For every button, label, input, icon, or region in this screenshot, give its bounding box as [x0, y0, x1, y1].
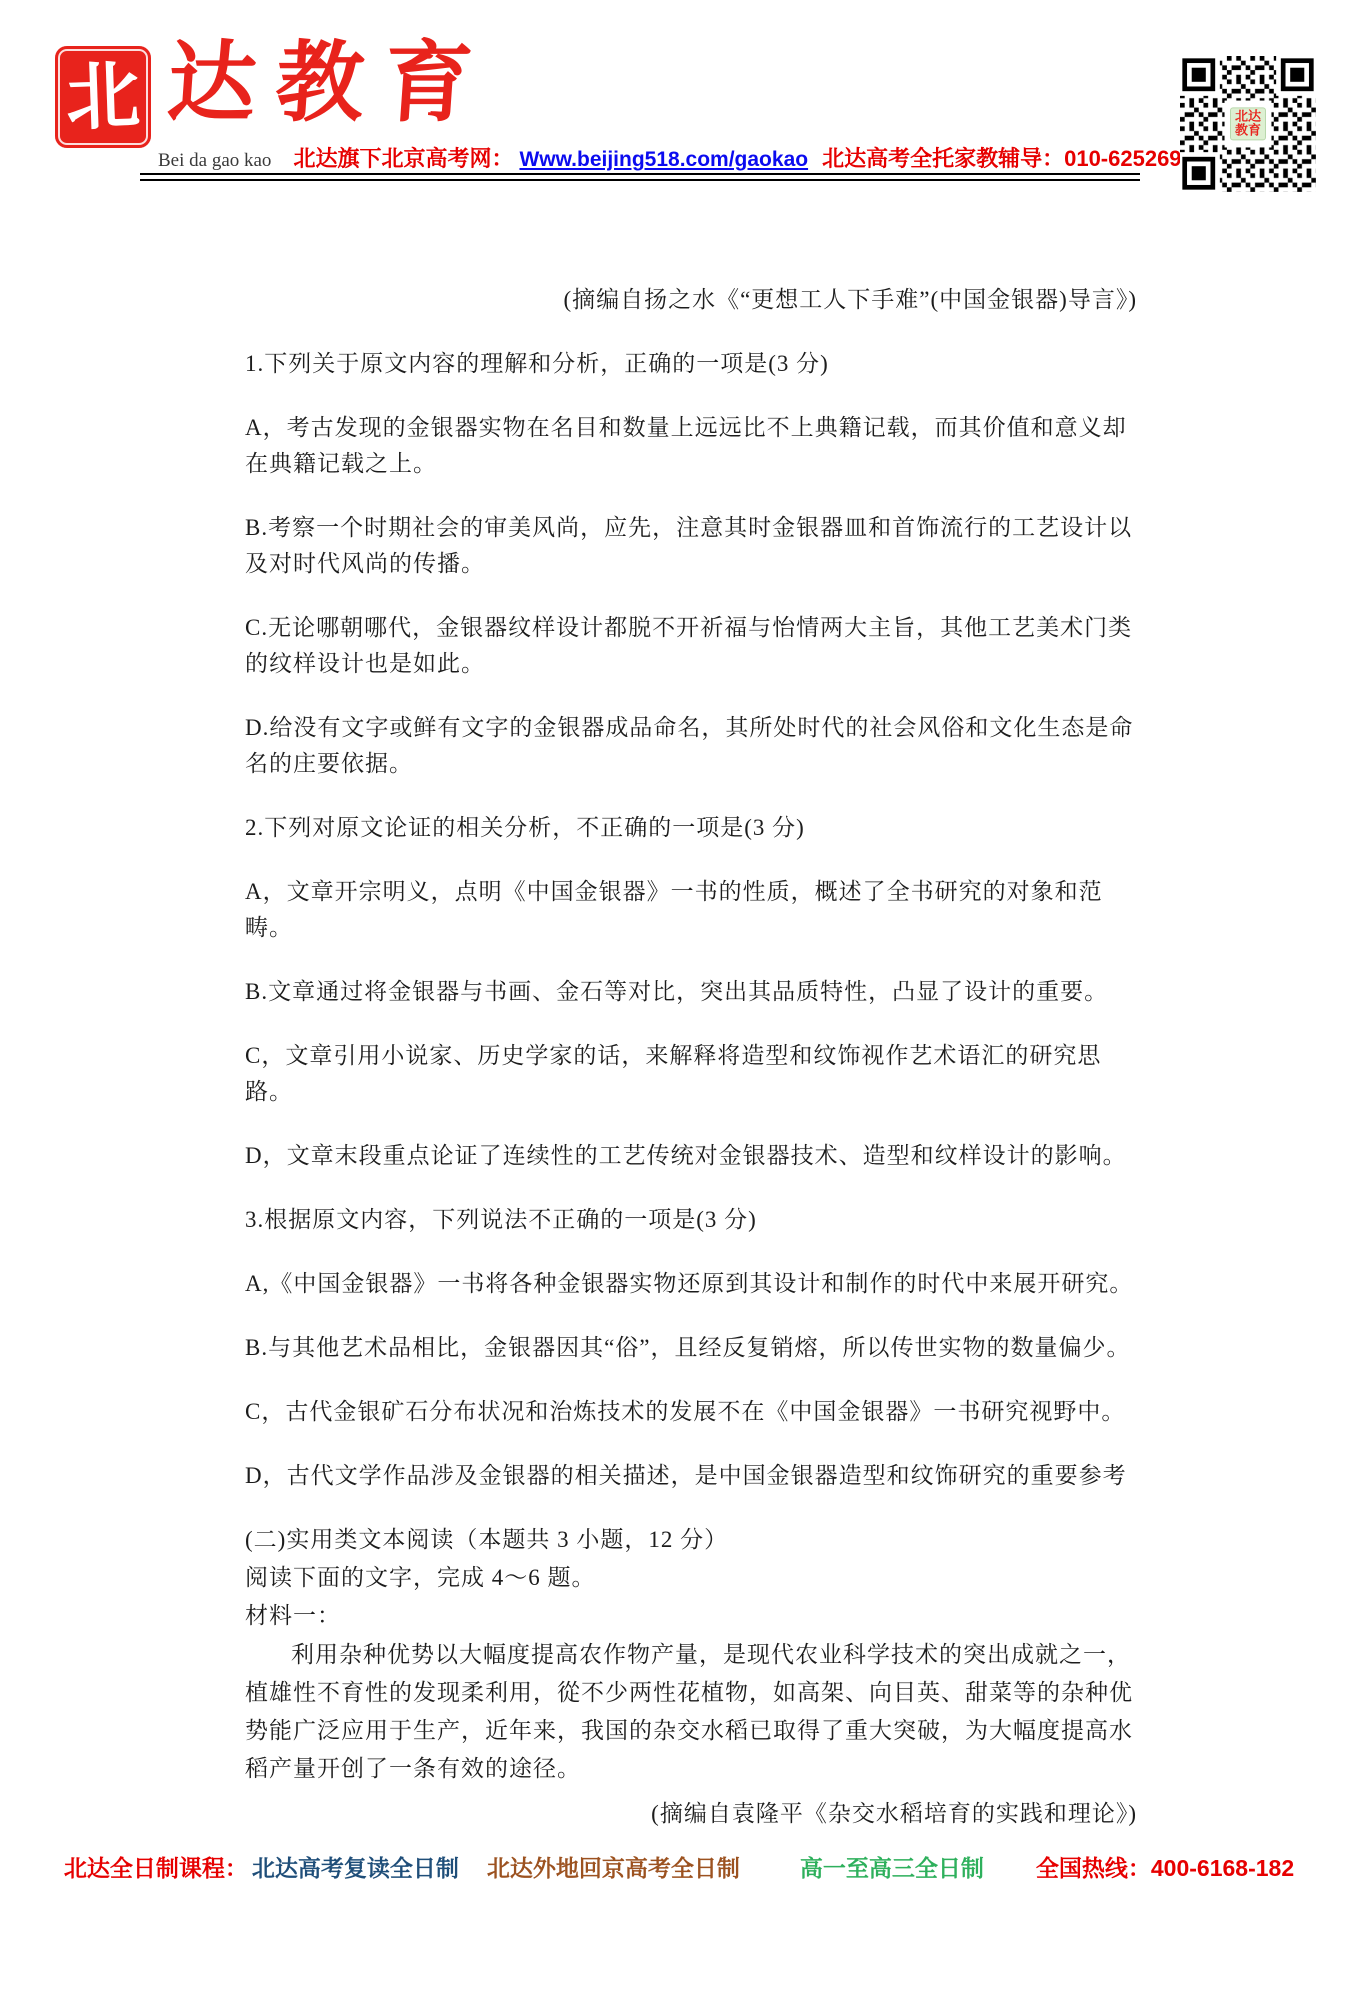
question-1: 1.下列关于原文内容的理解和分析，正确的一项是(3 分): [245, 346, 1137, 382]
question-1-option-c: C.无论哪朝哪代，金银器纹样设计都脱不开祈福与怡情两大主旨，其他工艺美术门类的纹…: [245, 610, 1137, 682]
question-1-option-d: D.给没有文字或鲜有文字的金银器成品命名，其所处时代的社会风俗和文化生态是命名的…: [245, 710, 1137, 782]
brand-seal-logo: 北: [55, 46, 151, 148]
qr-label-line1: 北达: [1235, 110, 1261, 124]
brand-pinyin: Bei da gao kao: [158, 150, 271, 172]
qr-code: 北达 教育: [1180, 56, 1316, 192]
question-3-option-c: C，古代金银矿石分布状况和治炼技术的发展不在《中国金银器》一书研究视野中。: [245, 1394, 1137, 1430]
header-divider: [140, 173, 1140, 181]
qr-label-line2: 教育: [1235, 124, 1261, 138]
footer-waidi-course: 北达外地回京高考全日制: [487, 1850, 740, 1883]
source-attribution-2: (摘编自袁隆平《杂交水稻培育的实践和理论》): [245, 1796, 1137, 1832]
source-attribution-1: (摘编自扬之水《“更想工人下手难”(中国金银器)导言》): [245, 282, 1137, 318]
gaokao-site-link[interactable]: Www.beijing518.com/gaokao: [519, 148, 808, 172]
question-1-option-a: A，考古发现的金银器实物在名目和数量上远远比不上典籍记载，而其价值和意义却在典籍…: [245, 410, 1137, 482]
section-2-heading: (二)实用类文本阅读（本题共 3 小题，12 分）: [245, 1522, 1137, 1558]
question-2-option-a: A，文章开宗明义，点明《中国金银器》一书的性质，概述了全书研究的对象和范畴。: [245, 874, 1137, 946]
qr-center-label: 北达 教育: [1230, 107, 1266, 140]
question-1-option-b: B.考察一个时期社会的审美风尚，应先，注意其时金银器皿和首饰流行的工艺设计以及对…: [245, 510, 1137, 582]
material-1-paragraph: 利用杂种优势以大幅度提高农作物产量，是现代农业科学技术的突出成就之一，植雄性不育…: [245, 1636, 1137, 1788]
seal-character: 北: [65, 59, 142, 136]
question-3: 3.根据原文内容，下列说法不正确的一项是(3 分): [245, 1202, 1137, 1238]
exam-page: 北 达教育 Bei da gao kao 北达旗下北京高考网： Www.beij…: [0, 0, 1358, 2008]
footer-hotline: 全国热线：400-6168-182: [1036, 1850, 1294, 1883]
question-3-option-a: A,《中国金银器》一书将各种金银器实物还原到其设计和制作的时代中来展开研究。: [245, 1266, 1137, 1302]
reading-instruction: 阅读下面的文字，完成 4～6 题。: [245, 1560, 1137, 1596]
tagline-site-label: 北达旗下北京高考网：: [293, 142, 513, 173]
brand-name: 达教育: [165, 34, 496, 131]
question-2-option-c: C，文章引用小说家、历史学家的话，来解释将造型和纹饰视作艺术语汇的研究思路。: [245, 1038, 1137, 1110]
question-2: 2.下列对原文论证的相关分析，不正确的一项是(3 分): [245, 810, 1137, 846]
exam-content: (摘编自扬之水《“更想工人下手难”(中国金银器)导言》) 1.下列关于原文内容的…: [245, 282, 1137, 1860]
footer-gaoyi-course: 高一至高三全日制: [800, 1850, 984, 1883]
footer-course-bar: 北达全日制课程： 北达高考复读全日制 北达外地回京高考全日制 高一至高三全日制 …: [0, 1850, 1358, 1883]
question-3-option-b: B.与其他艺术品相比，金银器因其“俗”，且经反复销熔，所以传世实物的数量偏少。: [245, 1330, 1137, 1366]
question-3-option-d: D，古代文学作品涉及金银器的相关描述，是中国金银器造型和纹饰研究的重要参考: [245, 1458, 1137, 1494]
question-2-option-d: D，文章末段重点论证了连续性的工艺传统对金银器技术、造型和纹样设计的影响。: [245, 1138, 1137, 1174]
question-2-option-b: B.文章通过将金银器与书画、金石等对比，突出其品质特性，凸显了设计的重要。: [245, 974, 1137, 1010]
header-tagline: Bei da gao kao 北达旗下北京高考网： Www.beijing518…: [158, 142, 1188, 173]
tagline-tutoring-label: 北达高考全托家教辅导：: [822, 142, 1064, 173]
footer-fudu-course: 北达高考复读全日制: [252, 1850, 459, 1883]
material-1-label: 材料一：: [245, 1598, 1137, 1634]
footer-courses-label: 北达全日制课程：: [64, 1850, 248, 1883]
